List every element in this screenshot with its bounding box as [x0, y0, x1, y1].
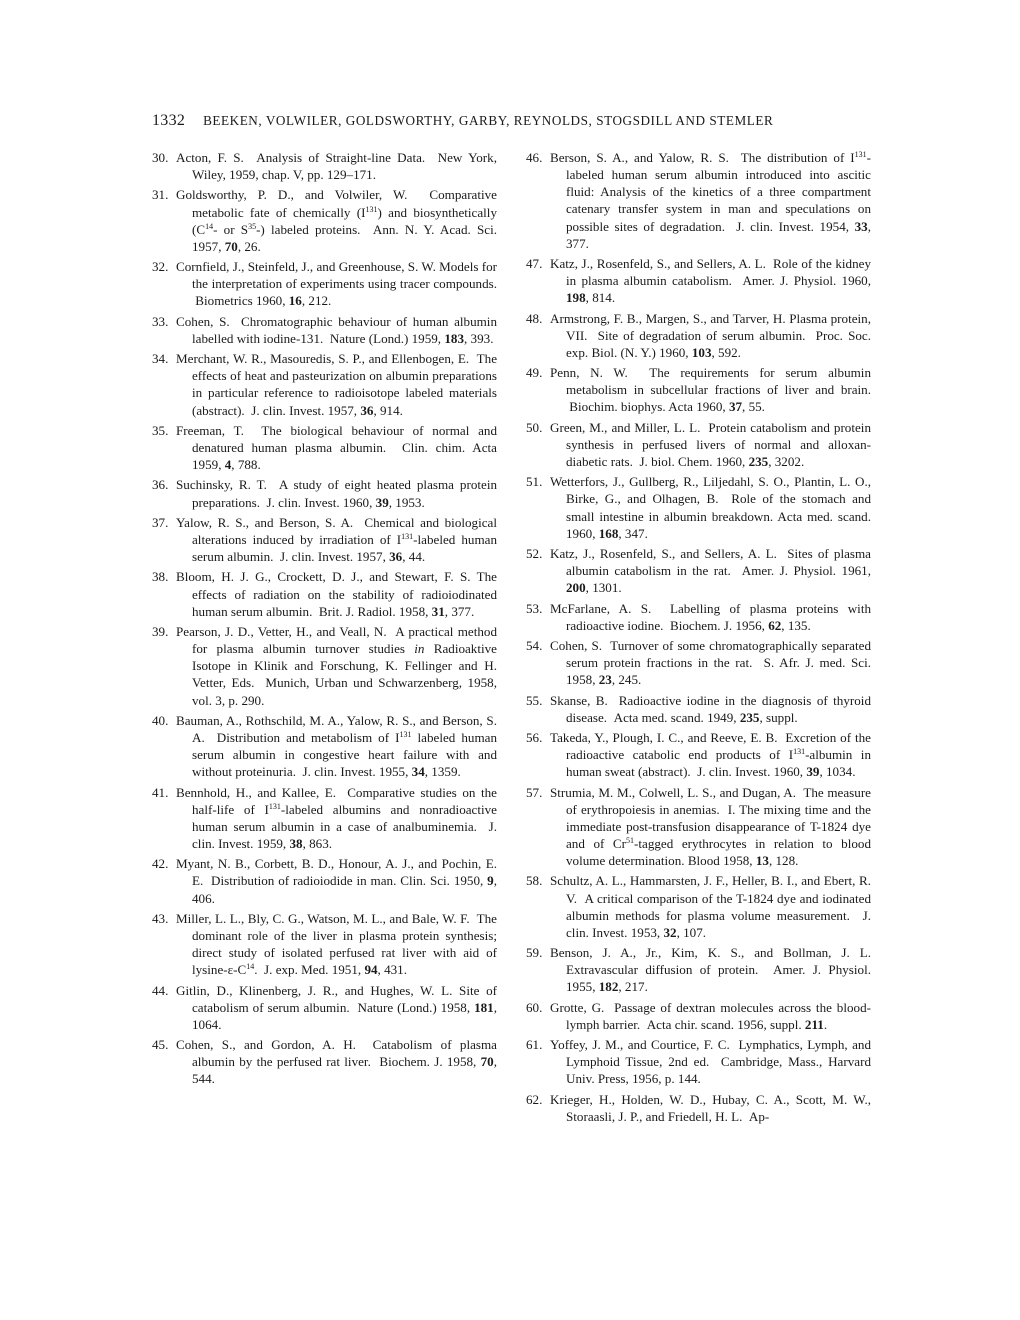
reference-text: Suchinsky, R. T. A study of eight heated… — [192, 476, 497, 510]
reference-text: Goldsworthy, P. D., and Volwiler, W. Com… — [192, 186, 497, 255]
reference-item: 56.Takeda, Y., Plough, I. C., and Reeve,… — [526, 729, 871, 780]
reference-number: 51. — [526, 473, 542, 490]
reference-number: 55. — [526, 692, 542, 709]
reference-text: Schultz, A. L., Hammarsten, J. F., Helle… — [566, 872, 871, 941]
reference-item: 48.Armstrong, F. B., Margen, S., and Tar… — [526, 310, 871, 361]
reference-number: 37. — [152, 514, 168, 531]
reference-number: 33. — [152, 313, 168, 330]
reference-number: 35. — [152, 422, 168, 439]
reference-number: 46. — [526, 149, 542, 166]
reference-text: Merchant, W. R., Masouredis, S. P., and … — [192, 350, 497, 419]
reference-text: Bennhold, H., and Kallee, E. Comparative… — [192, 784, 497, 853]
reference-number: 36. — [152, 476, 168, 493]
reference-item: 41.Bennhold, H., and Kallee, E. Comparat… — [152, 784, 497, 853]
reference-text: Armstrong, F. B., Margen, S., and Tarver… — [566, 310, 871, 361]
reference-item: 61.Yoffey, J. M., and Courtice, F. C. Ly… — [526, 1036, 871, 1087]
page-number: 1332 — [152, 112, 185, 129]
reference-number: 31. — [152, 186, 168, 203]
reference-text: Grotte, G. Passage of dextran molecules … — [566, 999, 871, 1033]
reference-item: 35.Freeman, T. The biological behaviour … — [152, 422, 497, 473]
reference-item: 59.Benson, J. A., Jr., Kim, K. S., and B… — [526, 944, 871, 995]
reference-number: 41. — [152, 784, 168, 801]
reference-number: 58. — [526, 872, 542, 889]
reference-text: Berson, S. A., and Yalow, R. S. The dist… — [566, 149, 871, 252]
reference-item: 45.Cohen, S., and Gordon, A. H. Cataboli… — [152, 1036, 497, 1087]
reference-text: Cohen, S. Chromatographic behaviour of h… — [192, 313, 497, 347]
reference-number: 53. — [526, 600, 542, 617]
reference-item: 50.Green, M., and Miller, L. L. Protein … — [526, 419, 871, 470]
reference-number: 43. — [152, 910, 168, 927]
running-head: 1332 BEEKEN, VOLWILER, GOLDSWORTHY, GARB… — [152, 112, 872, 130]
reference-text: Strumia, M. M., Colwell, L. S., and Duga… — [566, 784, 871, 870]
reference-text: Yoffey, J. M., and Courtice, F. C. Lymph… — [566, 1036, 871, 1087]
references-left-column: 30.Acton, F. S. Analysis of Straight-lin… — [152, 149, 497, 1091]
running-head-authors: BEEKEN, VOLWILER, GOLDSWORTHY, GARBY, RE… — [203, 113, 773, 128]
reference-number: 59. — [526, 944, 542, 961]
reference-number: 44. — [152, 982, 168, 999]
reference-text: Bauman, A., Rothschild, M. A., Yalow, R.… — [192, 712, 497, 781]
reference-number: 42. — [152, 855, 168, 872]
reference-number: 54. — [526, 637, 542, 654]
reference-number: 52. — [526, 545, 542, 562]
reference-text: Yalow, R. S., and Berson, S. A. Chemical… — [192, 514, 497, 565]
reference-item: 40.Bauman, A., Rothschild, M. A., Yalow,… — [152, 712, 497, 781]
reference-number: 32. — [152, 258, 168, 275]
reference-item: 34.Merchant, W. R., Masouredis, S. P., a… — [152, 350, 497, 419]
reference-text: Pearson, J. D., Vetter, H., and Veall, N… — [192, 623, 497, 709]
reference-number: 50. — [526, 419, 542, 436]
reference-item: 44.Gitlin, D., Klinenberg, J. R., and Hu… — [152, 982, 497, 1033]
reference-text: Cohen, S. Turnover of some chromatograph… — [566, 637, 871, 688]
reference-item: 38.Bloom, H. J. G., Crockett, D. J., and… — [152, 568, 497, 619]
reference-text: Cohen, S., and Gordon, A. H. Catabolism … — [192, 1036, 497, 1087]
reference-item: 55.Skanse, B. Radioactive iodine in the … — [526, 692, 871, 726]
reference-item: 39.Pearson, J. D., Vetter, H., and Veall… — [152, 623, 497, 709]
reference-number: 62. — [526, 1091, 542, 1108]
reference-item: 37.Yalow, R. S., and Berson, S. A. Chemi… — [152, 514, 497, 565]
reference-text: Miller, L. L., Bly, C. G., Watson, M. L.… — [192, 910, 497, 979]
reference-item: 30.Acton, F. S. Analysis of Straight-lin… — [152, 149, 497, 183]
reference-text: Acton, F. S. Analysis of Straight-line D… — [192, 149, 497, 183]
reference-text: Green, M., and Miller, L. L. Protein cat… — [566, 419, 871, 470]
reference-number: 48. — [526, 310, 542, 327]
reference-number: 45. — [152, 1036, 168, 1053]
references-right-column: 46.Berson, S. A., and Yalow, R. S. The d… — [526, 149, 871, 1128]
reference-item: 42.Myant, N. B., Corbett, B. D., Honour,… — [152, 855, 497, 906]
reference-text: Benson, J. A., Jr., Kim, K. S., and Boll… — [566, 944, 871, 995]
reference-number: 60. — [526, 999, 542, 1016]
reference-number: 47. — [526, 255, 542, 272]
reference-text: Katz, J., Rosenfeld, S., and Sellers, A.… — [566, 545, 871, 596]
reference-text: Krieger, H., Holden, W. D., Hubay, C. A.… — [566, 1091, 871, 1125]
reference-item: 36.Suchinsky, R. T. A study of eight hea… — [152, 476, 497, 510]
reference-item: 46.Berson, S. A., and Yalow, R. S. The d… — [526, 149, 871, 252]
reference-item: 57.Strumia, M. M., Colwell, L. S., and D… — [526, 784, 871, 870]
reference-item: 31.Goldsworthy, P. D., and Volwiler, W. … — [152, 186, 497, 255]
reference-number: 38. — [152, 568, 168, 585]
reference-number: 30. — [152, 149, 168, 166]
reference-item: 49.Penn, N. W. The requirements for seru… — [526, 364, 871, 415]
reference-text: Freeman, T. The biological behaviour of … — [192, 422, 497, 473]
reference-number: 57. — [526, 784, 542, 801]
reference-text: Takeda, Y., Plough, I. C., and Reeve, E.… — [566, 729, 871, 780]
reference-number: 49. — [526, 364, 542, 381]
reference-item: 47.Katz, J., Rosenfeld, S., and Sellers,… — [526, 255, 871, 306]
reference-text: Penn, N. W. The requirements for serum a… — [566, 364, 871, 415]
reference-item: 60.Grotte, G. Passage of dextran molecul… — [526, 999, 871, 1033]
reference-item: 43.Miller, L. L., Bly, C. G., Watson, M.… — [152, 910, 497, 979]
reference-item: 58.Schultz, A. L., Hammarsten, J. F., He… — [526, 872, 871, 941]
reference-text: Wetterfors, J., Gullberg, R., Liljedahl,… — [566, 473, 871, 542]
reference-number: 40. — [152, 712, 168, 729]
reference-text: Katz, J., Rosenfeld, S., and Sellers, A.… — [566, 255, 871, 306]
reference-number: 56. — [526, 729, 542, 746]
reference-item: 51.Wetterfors, J., Gullberg, R., Liljeda… — [526, 473, 871, 542]
reference-number: 34. — [152, 350, 168, 367]
reference-item: 53.McFarlane, A. S. Labelling of plasma … — [526, 600, 871, 634]
reference-item: 32.Cornfield, J., Steinfeld, J., and Gre… — [152, 258, 497, 309]
reference-item: 54.Cohen, S. Turnover of some chromatogr… — [526, 637, 871, 688]
reference-text: Skanse, B. Radioactive iodine in the dia… — [566, 692, 871, 726]
reference-number: 39. — [152, 623, 168, 640]
reference-text: Bloom, H. J. G., Crockett, D. J., and St… — [192, 568, 497, 619]
reference-text: Cornfield, J., Steinfeld, J., and Greenh… — [192, 258, 497, 309]
reference-item: 33.Cohen, S. Chromatographic behaviour o… — [152, 313, 497, 347]
reference-number: 61. — [526, 1036, 542, 1053]
reference-text: McFarlane, A. S. Labelling of plasma pro… — [566, 600, 871, 634]
reference-item: 52.Katz, J., Rosenfeld, S., and Sellers,… — [526, 545, 871, 596]
reference-item: 62.Krieger, H., Holden, W. D., Hubay, C.… — [526, 1091, 871, 1125]
reference-text: Myant, N. B., Corbett, B. D., Honour, A.… — [192, 855, 497, 906]
reference-text: Gitlin, D., Klinenberg, J. R., and Hughe… — [192, 982, 497, 1033]
